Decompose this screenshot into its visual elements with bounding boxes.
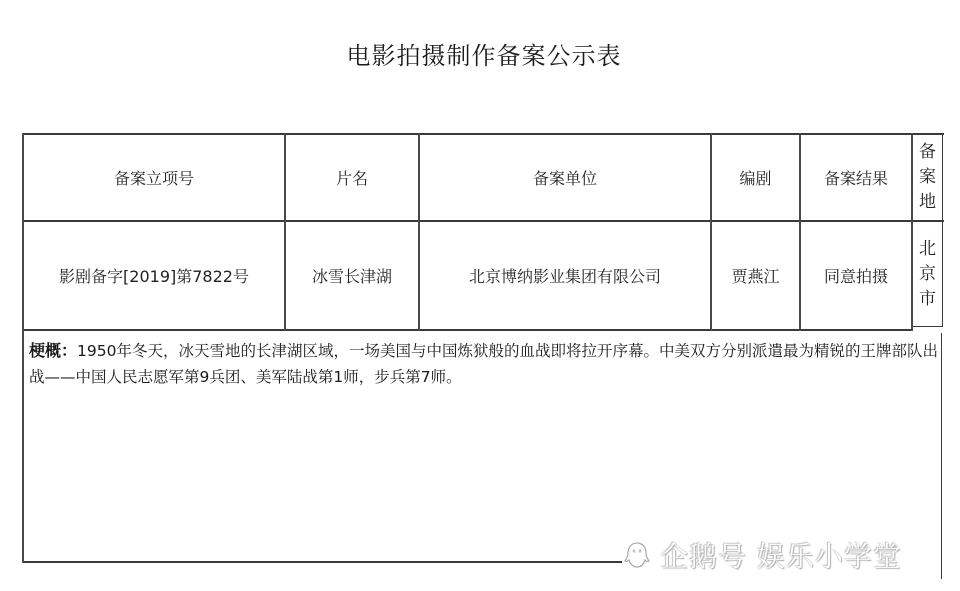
cell-location-char: 北 [919, 237, 936, 262]
cell-location: 北 京 市 [913, 222, 942, 326]
watermark: 企鹅号 娱乐小学堂 [622, 535, 902, 575]
header-location-char: 地 [919, 190, 936, 215]
cell-film-name: 冰雪长津湖 [286, 222, 418, 329]
header-film-name: 片名 [286, 135, 418, 220]
penguin-icon [622, 540, 652, 570]
cell-company: 北京博纳影业集团有限公司 [420, 222, 710, 329]
header-screenwriter: 编剧 [712, 135, 799, 220]
cell-screenwriter: 贾燕江 [712, 222, 799, 329]
cell-record-id: 影剧备字[2019]第7822号 [24, 222, 284, 329]
synopsis-text: 1950年冬天，冰天雪地的长津湖区域，一场美国与中国炼狱般的血战即将拉开序幕。中… [29, 342, 938, 386]
synopsis-block: 梗概：1950年冬天，冰天雪地的长津湖区域，一场美国与中国炼狱般的血战即将拉开序… [29, 338, 939, 390]
header-result: 备案结果 [801, 135, 911, 220]
cell-location-char: 京 [919, 262, 936, 287]
synopsis-bottom-border [22, 561, 622, 563]
cell-location-char: 市 [919, 287, 936, 312]
synopsis-right-border [941, 333, 942, 579]
header-location-char: 案 [919, 165, 936, 190]
cell-result: 同意拍摄 [801, 222, 911, 329]
page-title: 电影拍摄制作备案公示表 [0, 36, 960, 71]
synopsis-label: 梗概： [29, 341, 77, 360]
watermark-text: 企鹅号 娱乐小学堂 [660, 535, 902, 575]
header-company: 备案单位 [420, 135, 710, 220]
header-location: 备 案 地 [913, 135, 942, 220]
header-location-char: 备 [919, 140, 936, 165]
table-right-border [942, 133, 943, 327]
location-cell-bottom [912, 326, 943, 327]
header-record-id: 备案立项号 [24, 135, 284, 220]
data-row-divider [22, 329, 912, 331]
